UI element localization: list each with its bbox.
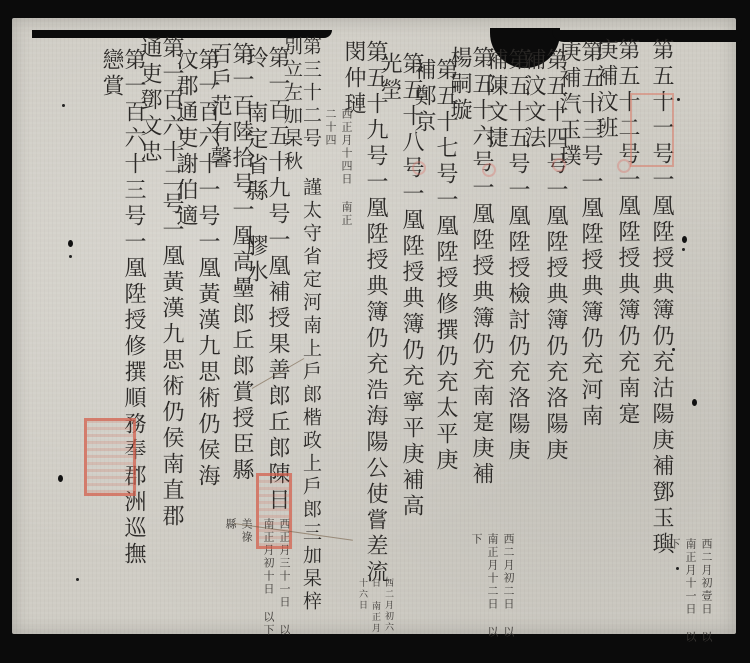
date-note: 西正月十四日 南正二十四 [322, 108, 354, 228]
binding-hole [58, 475, 63, 482]
pin-dot [76, 578, 79, 581]
pin-dot [682, 248, 685, 251]
date-note: 西二月初壹日 以南正月十一日 以下 [666, 538, 714, 648]
date-note: 西二月初六日 南正月十六日 [356, 578, 395, 638]
pin-dot [677, 98, 680, 101]
pin-dot [69, 255, 72, 258]
seal-right [256, 473, 292, 549]
binding-hole [692, 399, 697, 406]
red-mark [617, 159, 631, 173]
manuscript-page: 第五十一号一凰陞授典簿仍充沽陽庚補鄧玉璵 第五十二号一凰陞授典簿仍充南寔庚補汶班… [12, 18, 736, 634]
red-mark [412, 161, 426, 175]
pin-dot [62, 104, 65, 107]
binding-hole [68, 240, 73, 247]
seal-right-outline [630, 93, 674, 167]
date-note: 西二月初二日 以南正月十二日 以下 [468, 533, 516, 643]
binding-hole [682, 236, 687, 243]
pin-dot [676, 567, 679, 570]
red-mark [482, 163, 496, 177]
seal-left [84, 418, 136, 496]
red-mark [552, 158, 566, 172]
pin-dot [672, 348, 675, 351]
